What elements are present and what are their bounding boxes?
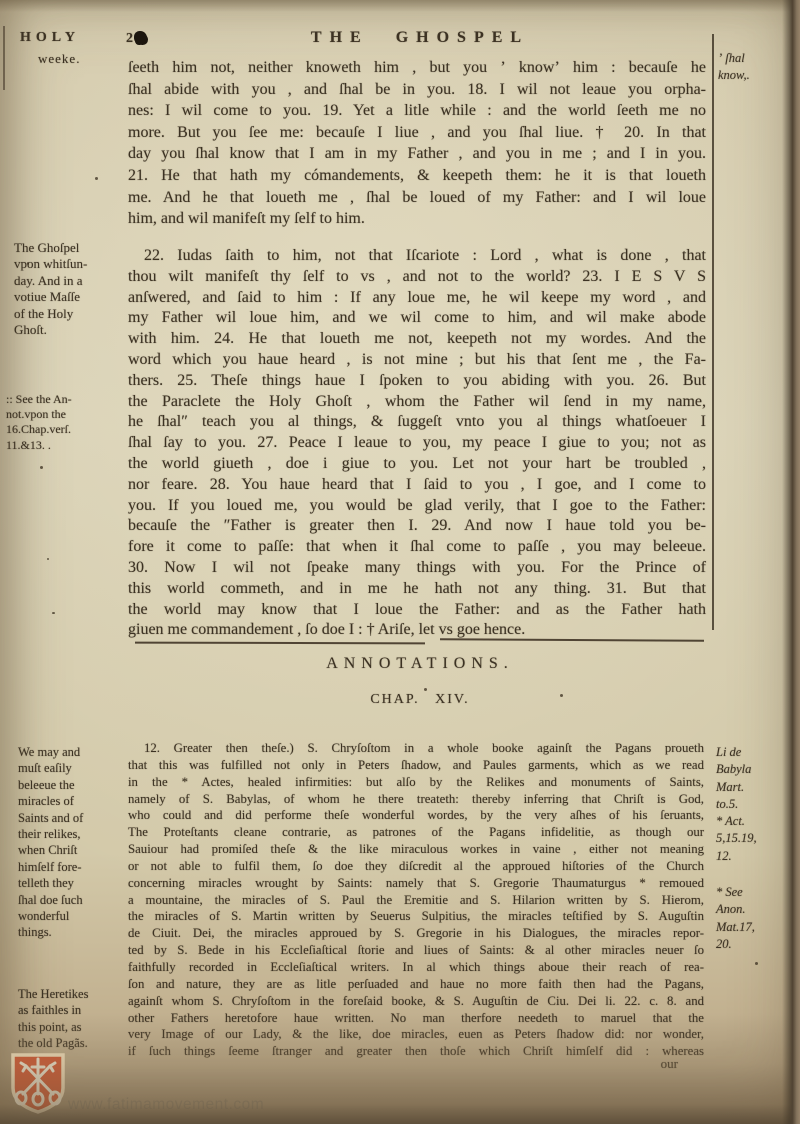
top-edge-shadow <box>0 0 800 12</box>
bottom-edge-shadow <box>0 1014 800 1124</box>
gospel-margin-note-crossref: :: See the An-not.vpon the16.Chap.verſ.1… <box>6 392 126 453</box>
ink-speck <box>560 694 563 697</box>
ink-speck <box>52 612 55 614</box>
right-edge-shadow <box>782 0 800 1124</box>
chapter-heading: CHAP. XIV. <box>240 692 600 708</box>
ink-speck <box>27 262 29 265</box>
gospel-paragraph-2: 22. Iudas ſaith to him, not that Iſcario… <box>128 246 706 641</box>
left-crease-line <box>3 26 5 90</box>
page-number: 2 <box>126 31 147 47</box>
ink-speck <box>95 177 98 180</box>
gospel-paragraph-1: ſeeth him not, neither knoweth him , but… <box>128 57 706 230</box>
running-head-left: HOLY <box>20 30 80 46</box>
ink-speck <box>755 962 758 965</box>
ink-speck <box>40 466 43 469</box>
column-rule <box>712 34 714 630</box>
running-head-season: weeke. <box>38 51 80 67</box>
section-divider-left <box>135 642 425 645</box>
page-title: THE GHOSPEL <box>240 29 600 47</box>
ink-blot <box>134 31 147 44</box>
ink-speck <box>47 558 49 560</box>
scanned-book-page: HOLY weeke. 2 THE GHOSPEL ʼ ſhalknow,. ſ… <box>0 0 800 1124</box>
annotation-margin-note-1: We may andmuſt eaſilybeleeue themiracles… <box>18 744 130 941</box>
gospel-margin-note-liturgical: The Ghoſpelvpon whitſun-day. And in avot… <box>14 240 126 338</box>
annotation-ref-note-3: * SeeAnon.Mat.17,20. <box>716 884 792 954</box>
annotation-ref-note-2: * Act.5,15.19,12. <box>716 813 792 865</box>
annotations-heading: ANNOTATIONS. <box>240 655 600 673</box>
annotation-paragraph: 12. Greater then theſe.) S. Chryſoſtom i… <box>128 740 704 1060</box>
annotation-ref-note-1: Li deBabylaMart.to.5. <box>716 744 792 814</box>
page-number-digit: 2 <box>126 31 133 46</box>
ink-speck <box>424 688 427 691</box>
section-divider-right <box>440 638 704 641</box>
